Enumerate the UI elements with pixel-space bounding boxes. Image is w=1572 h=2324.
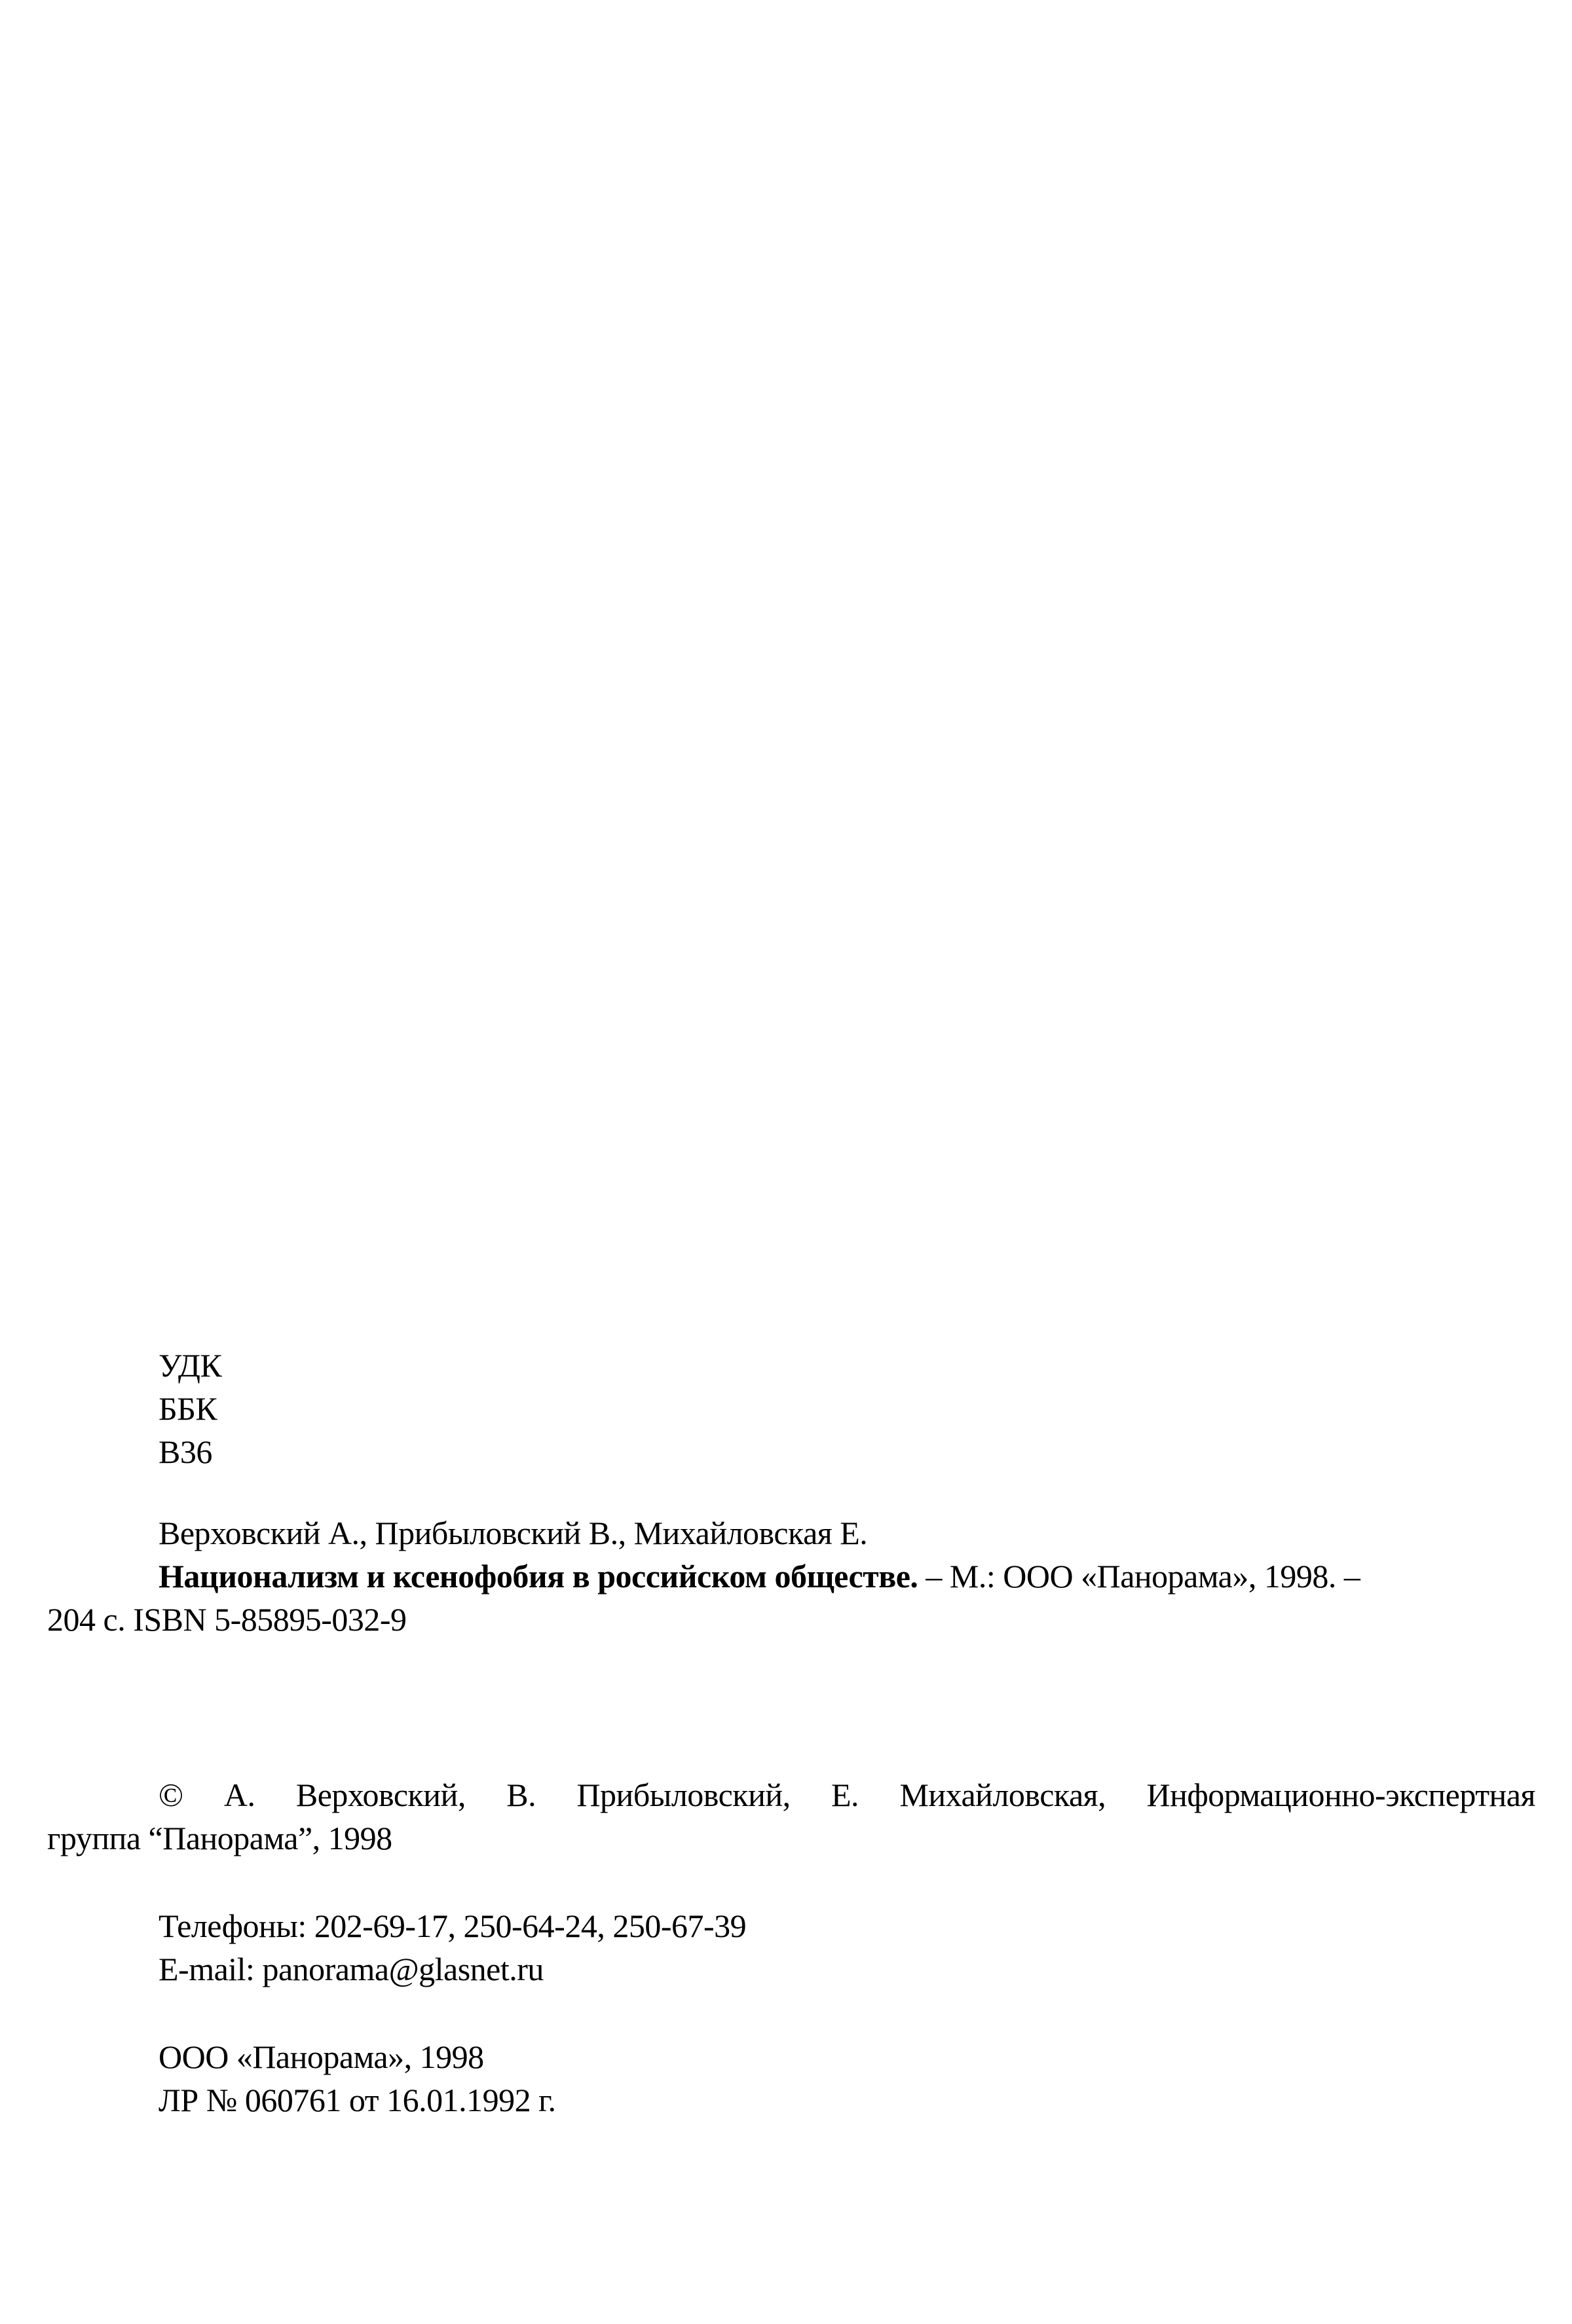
- pages-isbn: 204 с. ISBN 5-85895-032-9: [47, 1598, 1535, 1641]
- book-title: Национализм и ксенофобия в российском об…: [159, 1558, 918, 1595]
- title-imprint-line: Национализм и ксенофобия в российском об…: [47, 1555, 1535, 1598]
- copyright-notice: © А. Верховский, В. Прибыловский, Е. Мих…: [47, 1773, 1535, 1860]
- copyright-line-1: © А. Верховский, В. Прибыловский, Е. Мих…: [159, 1773, 1535, 1817]
- publisher-info: ООО «Панорама», 1998 ЛР № 060761 от 16.0…: [47, 2035, 1535, 2122]
- license-number: ЛР № 060761 от 16.01.1992 г.: [47, 2078, 1535, 2122]
- author-mark: В36: [47, 1430, 1535, 1473]
- publisher-name: ООО «Панорама», 1998: [47, 2035, 1535, 2078]
- bbk-label: ББК: [47, 1387, 1535, 1430]
- phones: Телефоны: 202-69-17, 250-64-24, 250-67-3…: [47, 1904, 1535, 1947]
- imprint-page: УДК ББК В36 Верховский А., Прибыловский …: [0, 0, 1572, 2324]
- authors: Верховский А., Прибыловский В., Михайлов…: [47, 1511, 1535, 1555]
- bibliographic-record: Верховский А., Прибыловский В., Михайлов…: [47, 1511, 1535, 1641]
- copyright-line-2: группа “Панорама”, 1998: [47, 1817, 1535, 1860]
- contact-info: Телефоны: 202-69-17, 250-64-24, 250-67-3…: [47, 1904, 1535, 1991]
- udk-label: УДК: [47, 1344, 1535, 1387]
- classification-codes: УДК ББК В36: [47, 1344, 1535, 1473]
- imprint: – М.: ООО «Панорама», 1998. –: [918, 1558, 1360, 1595]
- email: E-mail: panorama@glasnet.ru: [47, 1947, 1535, 1991]
